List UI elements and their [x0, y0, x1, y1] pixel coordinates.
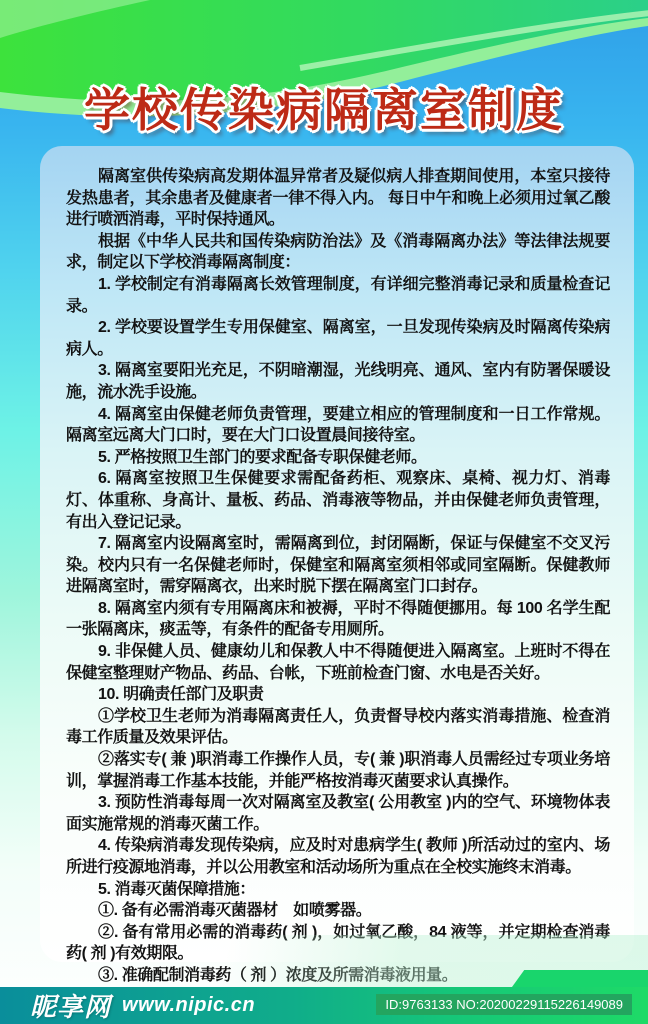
site-url: www.nipic.cn — [122, 994, 255, 1017]
paragraph: 8. 隔离室内须有专用隔离床和被褥，平时不得随便挪用。每 100 名学生配一张隔… — [66, 598, 610, 641]
paragraph: 1. 学校制定有消毒隔离长效管理制度，有详细完整消毒记录和质量检查记录。 — [66, 274, 610, 317]
paragraph: ②落实专( 兼 )职消毒工作操作人员，专( 兼 )职消毒人员需经过专项业务培训，… — [66, 749, 610, 792]
footer-branding: 昵享网 www.nipic.cn — [30, 987, 255, 1024]
paragraph: 2. 学校要设置学生专用保健室、隔离室，一旦发现传染病及时隔离传染病病人。 — [66, 317, 610, 360]
content-panel: 隔离室供传染病高发期体温异常者及疑似病人排查期间使用，本室只接待发热患者，其余患… — [40, 146, 634, 962]
paragraph: 9. 非保健人员、健康幼儿和保教人中不得随便进入隔离室。上班时不得在保健室整理财… — [66, 641, 610, 684]
paragraph: ①. 备有必需消毒灭菌器材 如喷雾器。 — [66, 900, 610, 922]
nipic-logo: 昵享网 — [30, 987, 111, 1024]
paragraph: 根据《中华人民共和国传染病防治法》及《消毒隔离办法》等法律法规要求，制定以下学校… — [66, 231, 610, 274]
intro-paragraphs: 隔离室供传染病高发期体温异常者及疑似病人排查期间使用，本室只接待发热患者，其余患… — [66, 166, 610, 274]
paragraph: 3. 隔离室要阳光充足，不阴暗潮湿，光线明亮、通风、室内有防署保暖设施，流水洗手… — [66, 360, 610, 403]
paragraph: 4. 隔离室由保健老师负责管理，要建立相应的管理制度和一日工作常规。隔离室远离大… — [66, 404, 610, 447]
paragraph: 7. 隔离室内设隔离室时，需隔离到位，封闭隔断，保证与保健室不交叉污染。校内只有… — [66, 533, 610, 598]
paragraph: 10. 明确责任部门及职责 — [66, 684, 610, 706]
footer-wedge-graphic — [512, 970, 648, 987]
paragraph: 6. 隔离室按照卫生保健要求需配备药柜、观察床、桌椅、视力灯、消毒灯、体重称、身… — [66, 468, 610, 533]
rules-paragraphs: 1. 学校制定有消毒隔离长效管理制度，有详细完整消毒记录和质量检查记录。2. 学… — [66, 274, 610, 987]
paragraph: 4. 传染病消毒发现传染病，应及时对患病学生( 教师 )所活动过的室内、场所进行… — [66, 835, 610, 878]
poster-root: 学校传染病隔离室制度 隔离室供传染病高发期体温异常者及疑似病人排查期间使用，本室… — [0, 0, 648, 1024]
paragraph: ②. 备有常用必需的消毒药( 剂 )，如过氧乙酸，84 液等，并定期检查消毒药(… — [66, 922, 610, 965]
poster-title: 学校传染病隔离室制度 — [0, 74, 648, 140]
image-id-badge: ID:9763133 NO:20200229115226149089 — [376, 994, 632, 1015]
paragraph: 5. 消毒灭菌保障措施： — [66, 879, 610, 901]
paragraph: 隔离室供传染病高发期体温异常者及疑似病人排查期间使用，本室只接待发热患者，其余患… — [66, 166, 610, 231]
paragraph: 3. 预防性消毒每周一次对隔离室及教室( 公用教室 )内的空气、环境物体表面实施… — [66, 792, 610, 835]
paragraph: 5. 严格按照卫生部门的要求配备专职保健老师。 — [66, 447, 610, 469]
footer-bar: 昵享网 www.nipic.cn ID:9763133 NO:202002291… — [0, 987, 648, 1024]
paragraph: ①学校卫生老师为消毒隔离责任人，负责督导校内落实消毒措施、检查消毒工作质量及效果… — [66, 706, 610, 749]
